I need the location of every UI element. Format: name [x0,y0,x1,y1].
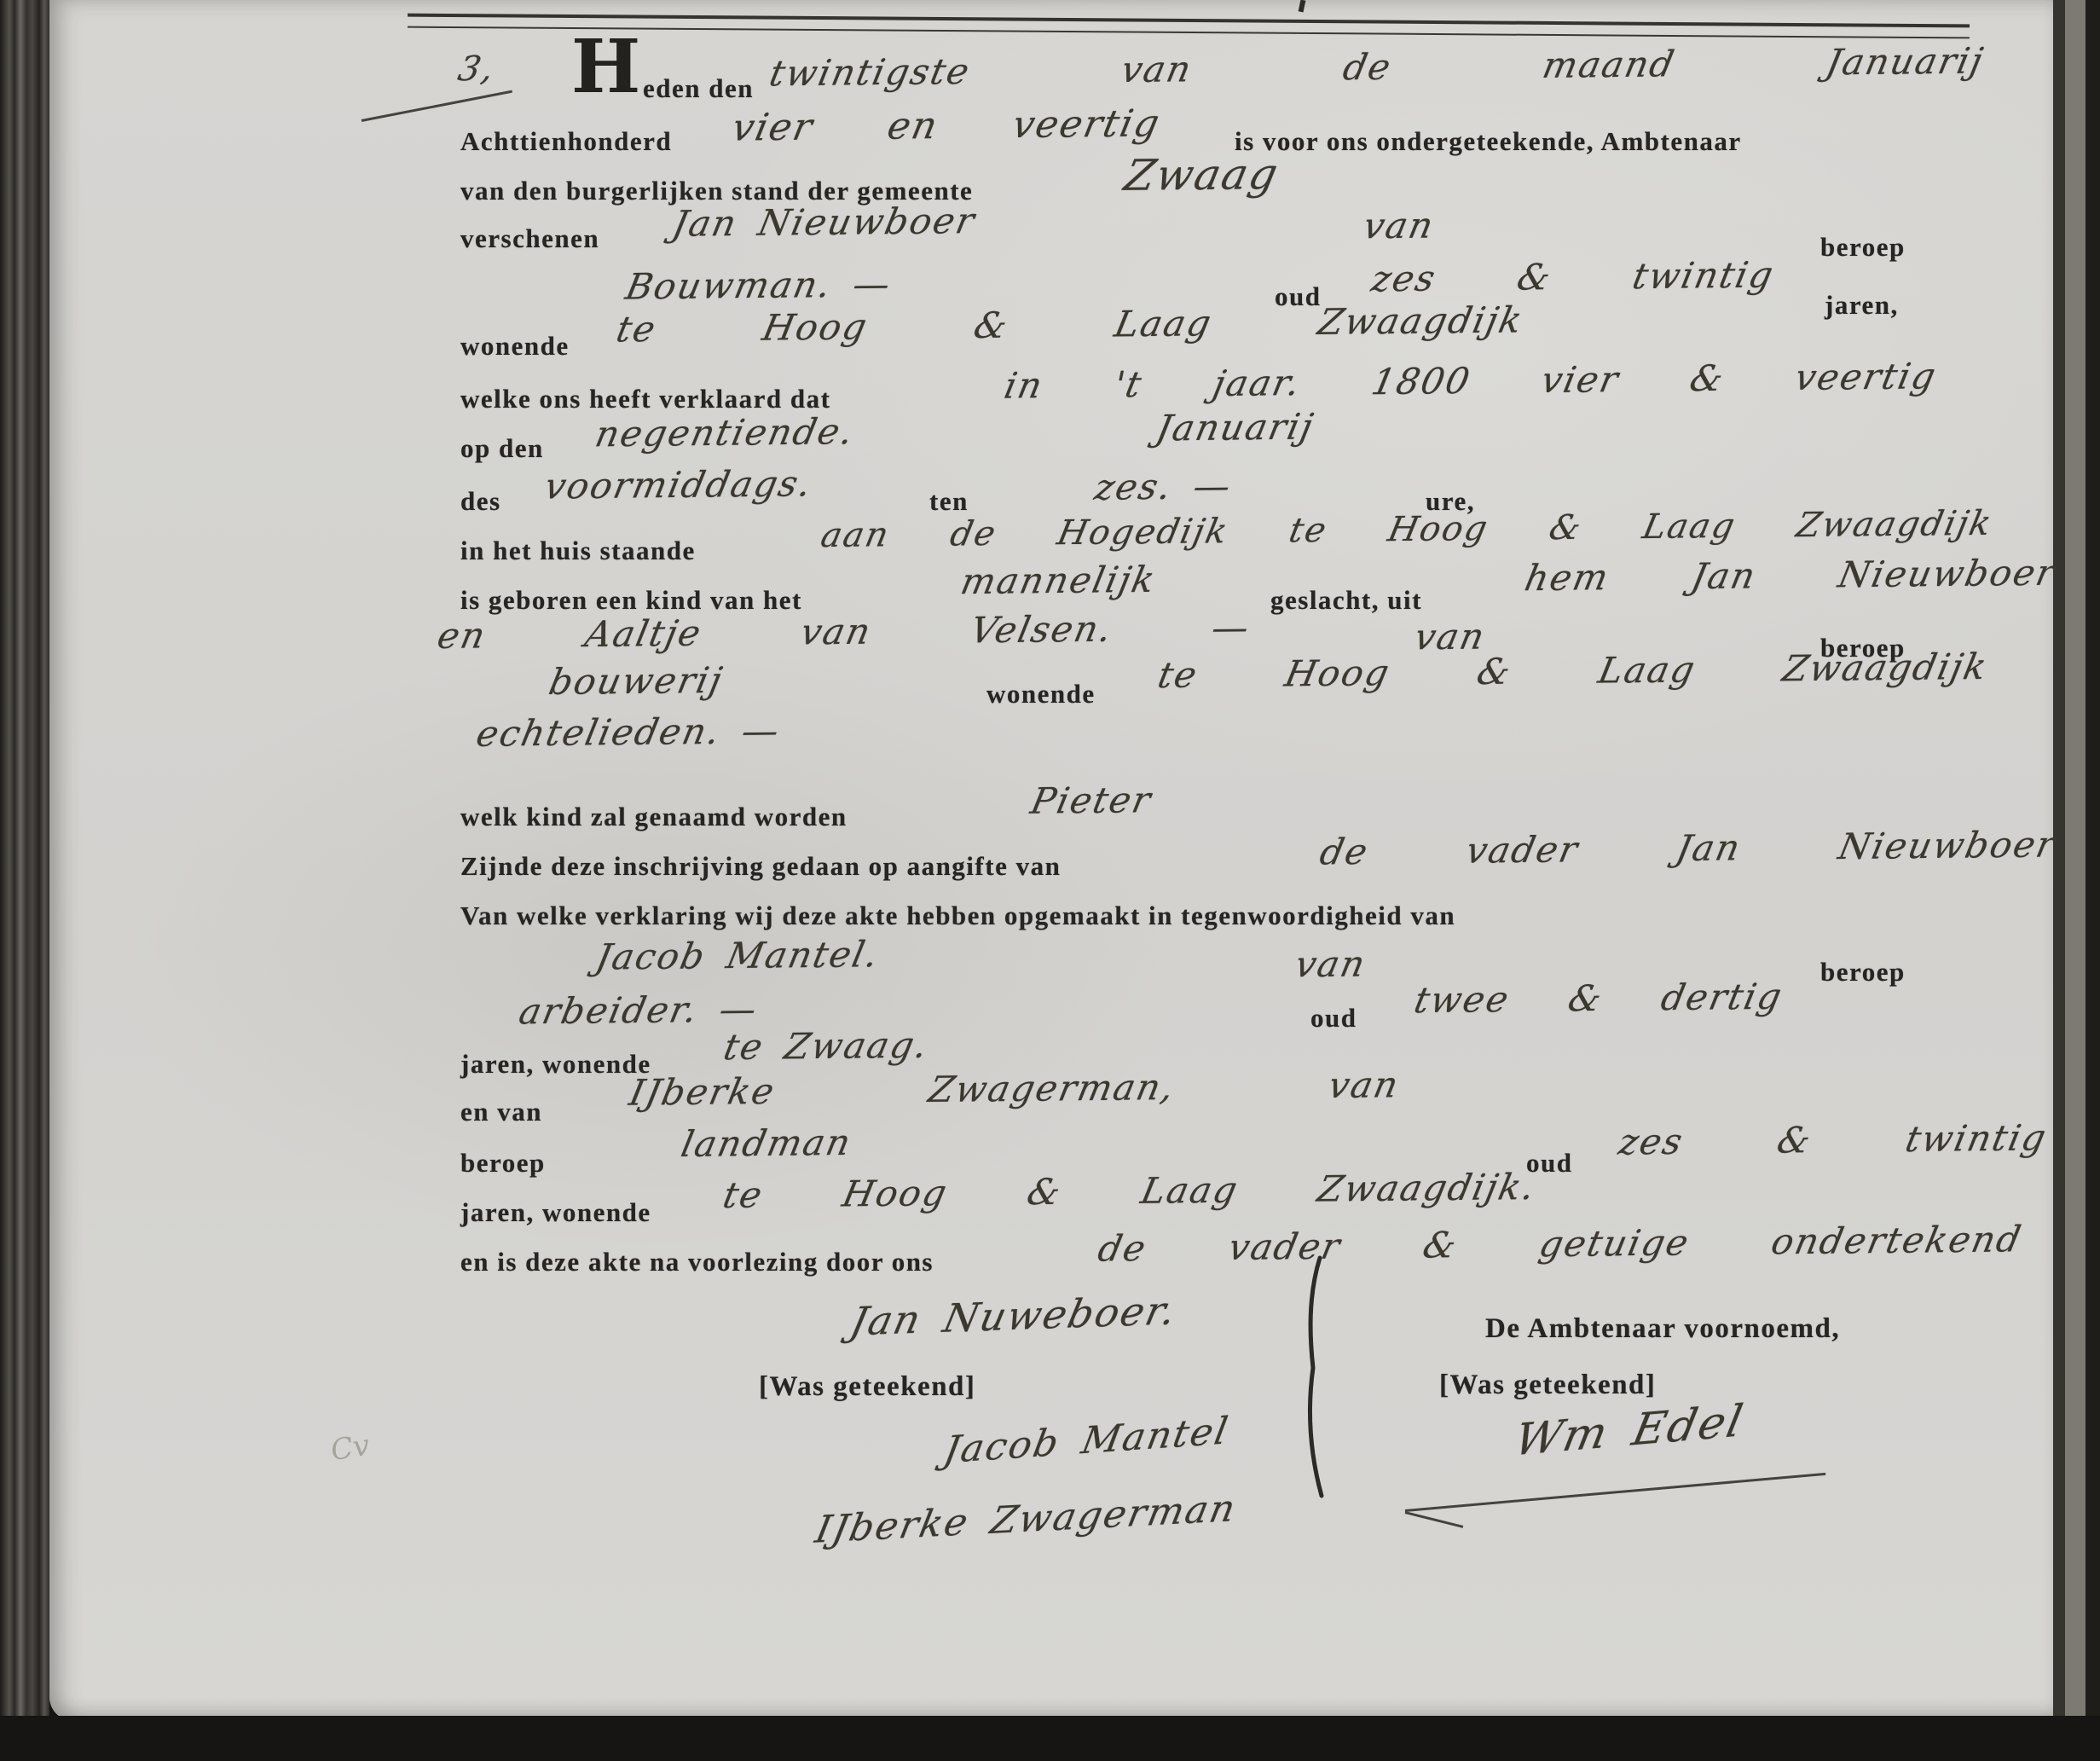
hw-gender: mannelijk [957,559,1160,602]
pencil-note: Cv [328,1428,372,1468]
printed-des: des [460,486,501,517]
printed-inschrijving: Zijnde deze inschrijving gedaan op aangi… [460,851,1061,882]
hw-father-reference: hem Jan Nieuwboer [1521,552,2059,599]
scan-background-right [2086,0,2100,1721]
printed-achttienhonderd: Achttienhonderd [460,126,672,157]
printed-huis-staande: in het huis staande [460,536,696,566]
hw-witness2-age: zes & twintig [1616,1116,2051,1162]
printed-beroep-right-1: beroep [1820,232,1906,263]
page-edge-shadow [2053,0,2065,1721]
hw-witness1-occupation: arbeider. — [516,988,762,1033]
printed-wonende-1: wonende [460,331,570,362]
printed-verschenen: verschenen [460,223,599,254]
hw-declarant-age: zes & twintig [1368,254,1779,300]
printed-verklaring-opgemaakt: Van welke verklaring wij deze akte hebbe… [460,901,1455,931]
signature-brace [1298,1255,1332,1498]
hw-witness1-van: van [1292,943,1370,986]
printed-kind-genaamd: welk kind zal genaamd worden [460,802,848,832]
hw-parents-residence: te Hoog & Laag Zwaagdijk [1154,646,1992,696]
printed-beroep-right-3: beroep [1820,957,1906,988]
printed-op-den: op den [460,433,544,464]
printed-was-geteekend-right: [Was geteekend] [1439,1370,1656,1401]
printed-jaren-wonende-1: jaren, wonende [460,1049,651,1080]
hw-witness1-residence: te Zwaag. [720,1024,933,1068]
hw-witness2-residence: te Hoog & Laag Zwaagdijk. [720,1166,1540,1216]
adjacent-page-edge [2065,0,2086,1721]
hw-parents-occupation: bouwerij [546,659,727,703]
hw-municipality: Zwaag [1120,149,1283,200]
printed-jaren-wonende-2: jaren, wonende [460,1197,651,1228]
printed-verklaard-dat: welke ons heeft verklaard dat [460,384,830,414]
hw-declarant-van: van [1360,205,1438,247]
hw-mother-name: en Aaltje van Velsen. — [434,606,1254,657]
hw-year: vier en veertig [728,101,1164,149]
hw-child-name: Pieter [1027,779,1156,821]
hw-echtelieden: echtelieden. — [473,710,784,755]
scanned-birth-record: 3, H eden den twintigste van de maand Ja… [0,0,2100,1761]
hw-hour: zes. — [1091,465,1235,508]
hw-declarant-occupation: Bouwman. — [622,263,895,307]
printed-ambtenaar-voornoemd: De Ambtenaar voornoemd, [1485,1313,1840,1345]
hw-informant: de vader Jan Nieuwboer [1316,823,2060,872]
hw-witness2-name: IJberke Zwagerman, van [626,1063,1403,1113]
printed-jaren-right: jaren, [1825,290,1899,321]
hw-witness1-name: Jacob Mantel. [593,933,883,977]
printed-oud-2: oud [1310,1003,1357,1034]
hw-witness1-age: twee & dertig [1411,976,1787,1022]
printed-heden-den: eden den [643,73,754,104]
book-binding-edge [0,0,49,1761]
hw-daypart: voormiddags. [541,462,817,507]
hw-declarant-name: Jan Nieuwboer [669,200,980,245]
scan-background-bottom [0,1716,2100,1761]
hw-birth-day: negentiende. Januarij [592,406,1318,455]
printed-beroep-left: beroep [460,1148,546,1179]
printed-wonende-2: wonende [986,679,1096,710]
printed-geslacht-uit: geslacht, uit [1270,585,1422,616]
printed-ten: ten [929,486,969,517]
printed-ondergeteekende: is voor ons ondergeteekende, Ambtenaar [1235,126,1742,157]
hw-witness2-occupation: landman [678,1121,856,1165]
printed-en-van: en van [460,1097,542,1127]
printed-voorlezing: en is deze akte na voorlezing door ons [460,1247,934,1277]
dropcap-initial: H [571,31,640,104]
printed-was-geteekend-left: [Was geteekend] [759,1371,975,1403]
